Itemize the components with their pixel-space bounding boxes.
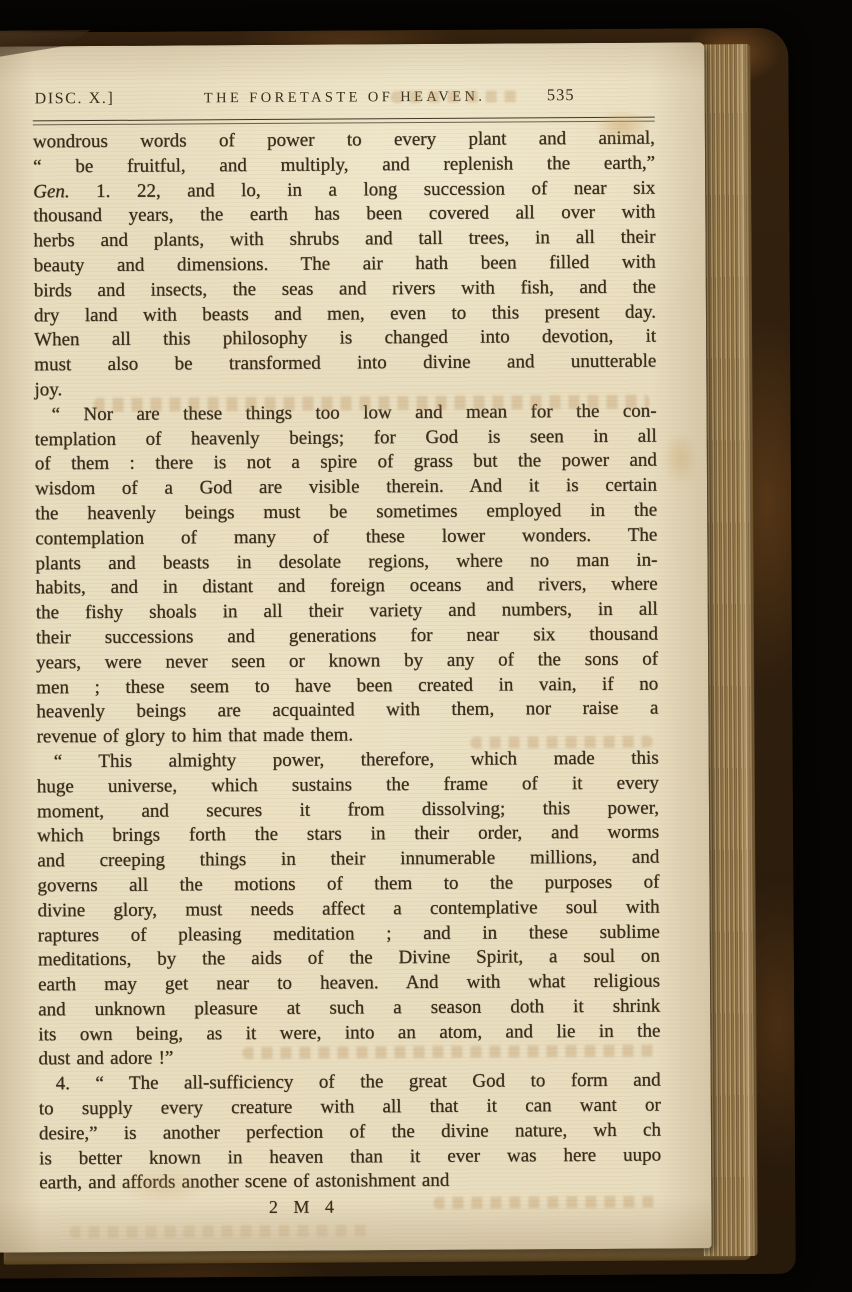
text-line: Gen. 1. 22, and lo, in a long succession… — [33, 176, 655, 205]
text-line: their successions and generations for ne… — [36, 623, 658, 652]
paragraph: “ Nor are these things too low and mean … — [35, 399, 659, 750]
text-line: “ Nor are these things too low and mean … — [35, 399, 657, 428]
text-line: governs all the motions of them to the p… — [37, 870, 659, 899]
text-line: herbs and plants, with shrubs and tall t… — [33, 226, 655, 255]
running-header-title: THE FORETASTE OF HEAVEN. — [175, 88, 515, 107]
text-line: the heavenly beings must be sometimes em… — [35, 499, 657, 528]
running-header-section: DISC. X.] — [35, 90, 175, 109]
book-photograph: DISC. X.] THE FORETASTE OF HEAVEN. 535 w… — [0, 0, 852, 1292]
header-rule — [33, 117, 655, 125]
text-line: joy. — [34, 375, 656, 404]
text-line: earth may get near to heaven. And with w… — [38, 970, 660, 999]
text-line: which brings forth the stars in their or… — [37, 821, 659, 850]
text-line: dry land with beasts and men, even to th… — [34, 300, 656, 329]
paragraph: “ This almighty power, therefore, which … — [37, 747, 661, 1073]
text-line: raptures of pleasing meditation ; and in… — [38, 920, 660, 949]
text-line: dust and adore !” — [38, 1044, 660, 1073]
text-block: wondrous words of power to every plant a… — [33, 127, 662, 1197]
text-line: revenue of glory to him that made them. — [36, 722, 658, 751]
text-line: huge universe, which sustains the frame … — [37, 771, 659, 800]
book-page: DISC. X.] THE FORETASTE OF HEAVEN. 535 w… — [0, 42, 712, 1252]
text-line: and creeping things in their innumerable… — [37, 846, 659, 875]
signature-mark: 2 M 4 — [0, 1195, 613, 1220]
text-line: plants and beasts in desolate regions, w… — [35, 548, 657, 577]
running-header: DISC. X.] THE FORETASTE OF HEAVEN. 535 — [35, 85, 655, 109]
text-line: moment, and secures it from dissolving; … — [37, 796, 659, 825]
text-line: men ; these seem to have been created in… — [36, 672, 658, 701]
text-line: to supply every creature with all that i… — [39, 1094, 661, 1123]
text-line: years, were never seen or known by any o… — [36, 647, 658, 676]
text-line: birds and insects, the seas and rivers w… — [34, 275, 656, 304]
text-line: the fishy shoals in all their variety an… — [36, 598, 658, 627]
text-line: must also be transformed into divine and… — [34, 350, 656, 379]
foxing-stain — [663, 430, 699, 486]
text-line: templation of heavenly beings; for God i… — [35, 424, 657, 453]
book: DISC. X.] THE FORETASTE OF HEAVEN. 535 w… — [0, 0, 852, 1292]
text-line: wondrous words of power to every plant a… — [33, 127, 655, 156]
text-line: beauty and dimensions. The air hath been… — [34, 251, 656, 280]
text-line: heavenly beings are acquainted with them… — [36, 697, 658, 726]
text-line: thousand years, the earth has been cover… — [33, 201, 655, 230]
paragraph: wondrous words of power to every plant a… — [33, 127, 657, 404]
text-line: divine glory, must needs affect a contem… — [38, 895, 660, 924]
text-line: habits, and in distant and foreign ocean… — [36, 573, 658, 602]
text-line: “ This almighty power, therefore, which … — [37, 747, 659, 776]
text-line: earth, and affords another scene of asto… — [39, 1168, 661, 1197]
text-line: 4. “ The all-sufficiency of the great Go… — [39, 1069, 661, 1098]
text-line: wisdom of a God are visible therein. And… — [35, 474, 657, 503]
page-number: 535 — [515, 85, 655, 106]
text-line: and unknown pleasure at such a season do… — [38, 994, 660, 1023]
text-line: is better known in heaven than it ever w… — [39, 1143, 661, 1172]
text-line: meditations, by the aids of the Divine S… — [38, 945, 660, 974]
paragraph: 4. “ The all-sufficiency of the great Go… — [39, 1069, 662, 1197]
text-line: desire,” is another perfection of the di… — [39, 1118, 661, 1147]
showthrough-ghost — [70, 1224, 370, 1238]
text-line: “ be fruitful, and multiply, and repleni… — [33, 151, 655, 180]
text-line: of them : there is not a spire of grass … — [35, 449, 657, 478]
text-line: When all this philosophy is changed into… — [34, 325, 656, 354]
text-line: its own being, as it were, into an atom,… — [38, 1019, 660, 1048]
text-line: contemplation of many of these lower won… — [35, 523, 657, 552]
